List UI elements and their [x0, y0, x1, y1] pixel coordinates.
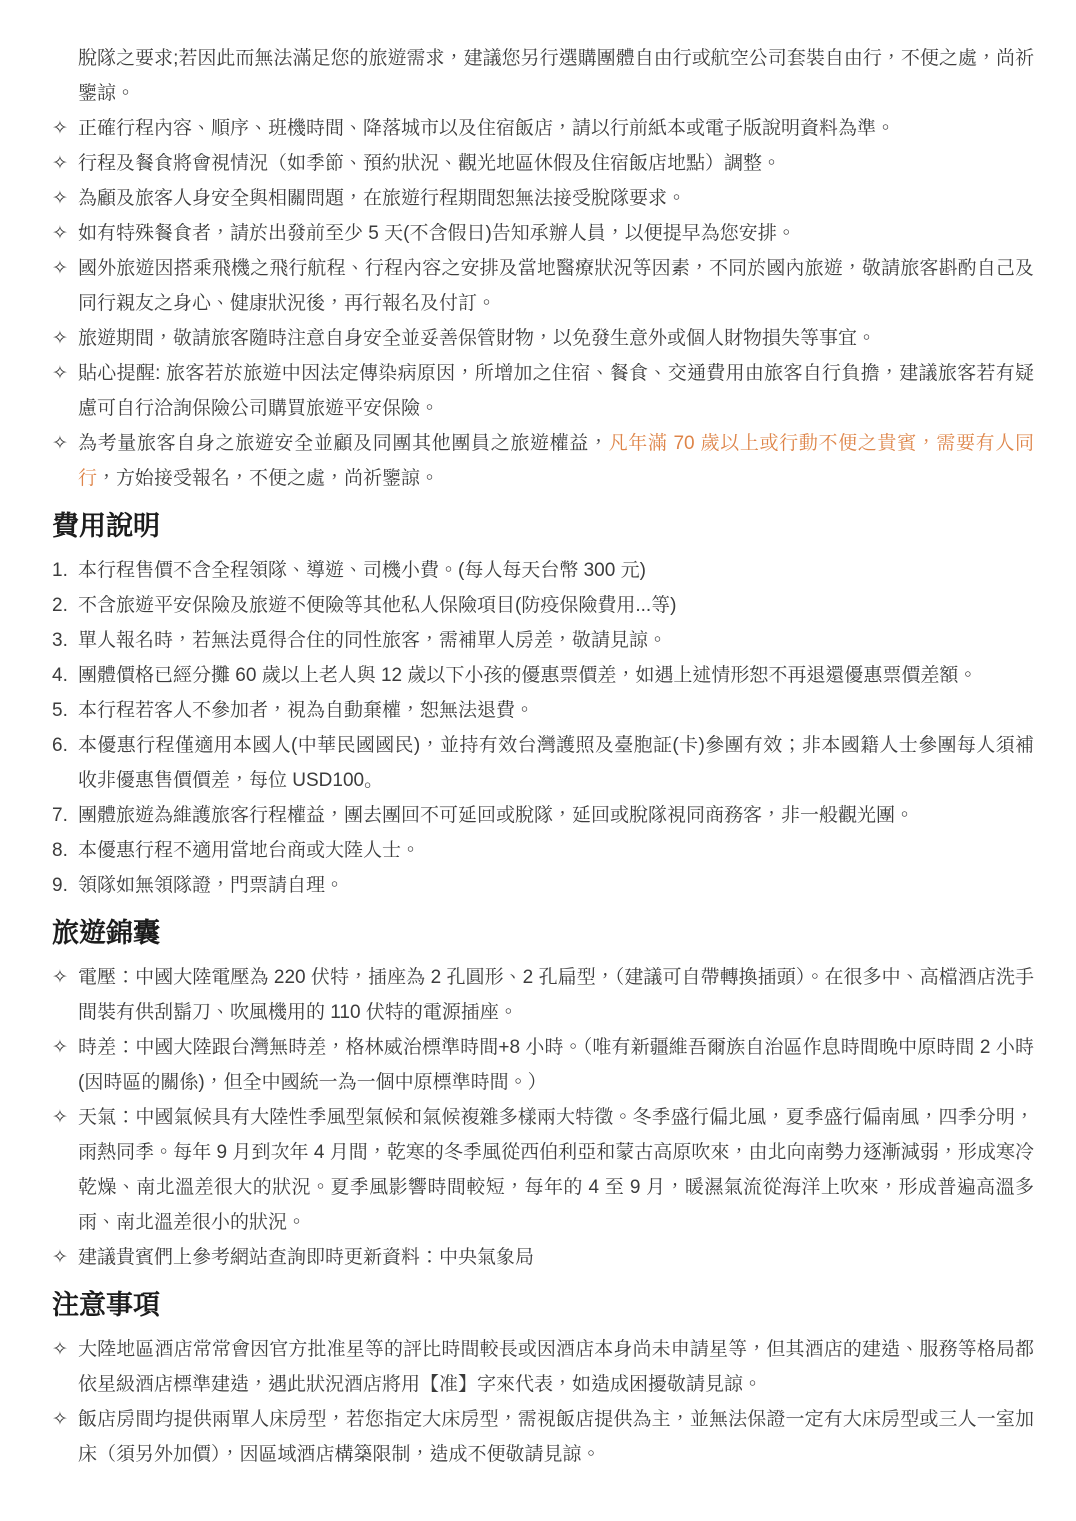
item-number: 1.: [52, 553, 78, 588]
diamond-bullet-icon: ✧: [52, 960, 78, 1030]
text-segment: ，方始接受報名，不便之處，尚祈鑒諒。: [97, 468, 439, 489]
item-text: 本優惠行程不適用當地台商或大陸人士。: [78, 833, 1034, 868]
list-item: ✧建議貴賓們上參考網站查詢即時更新資料：中央氣象局: [52, 1240, 1034, 1275]
list-item: 2.不含旅遊平安保險及旅遊不便險等其他私人保險項目(防疫保險費用...等): [52, 588, 1034, 623]
text-segment: 貼心提醒: 旅客若於旅遊中因法定傳染病原因，所增加之住宿、餐食、交通費用由旅客自…: [78, 363, 1034, 419]
item-text: 行程及餐食將會視情況（如季節、預約狀況、觀光地區休假及住宿飯店地點）調整。: [78, 146, 1034, 181]
item-text: 如有特殊餐食者，請於出發前至少 5 天(不含假日)告知承辦人員，以便提早為您安排…: [78, 216, 1034, 251]
text-segment: 為考量旅客自身之旅遊安全並顧及同團其他團員之旅遊權益，: [78, 433, 609, 454]
diamond-bullet-icon: ✧: [52, 111, 78, 146]
diamond-bullet-icon: ✧: [52, 321, 78, 356]
text-segment: 本優惠行程僅適用本國人(中華民國國民)，並持有效台灣護照及臺胞証(卡)參團有效；…: [78, 735, 1034, 791]
section-title: 旅遊錦囊: [52, 912, 1034, 954]
item-text: 大陸地區酒店常常會因官方批准星等的評比時間較長或因酒店本身尚未申請星等，但其酒店…: [78, 1332, 1034, 1402]
list-item: ✧貼心提醒: 旅客若於旅遊中因法定傳染病原因，所增加之住宿、餐食、交通費用由旅客…: [52, 356, 1034, 426]
item-number: 6.: [52, 728, 78, 798]
list-item: 6.本優惠行程僅適用本國人(中華民國國民)，並持有效台灣護照及臺胞証(卡)參團有…: [52, 728, 1034, 798]
item-text: 建議貴賓們上參考網站查詢即時更新資料：中央氣象局: [78, 1240, 1034, 1275]
list-item: ✧行程及餐食將會視情況（如季節、預約狀況、觀光地區休假及住宿飯店地點）調整。: [52, 146, 1034, 181]
list-item: ✧電壓：中國大陸電壓為 220 伏特，插座為 2 孔圓形、2 孔扁型，（建議可自…: [52, 960, 1034, 1030]
item-text: 旅遊期間，敬請旅客隨時注意自身安全並妥善保管財物，以免發生意外或個人財物損失等事…: [78, 321, 1034, 356]
diamond-bullet-icon: ✧: [52, 426, 78, 496]
diamond-bullet-icon: ✧: [52, 181, 78, 216]
list-item: ✧飯店房間均提供兩單人床房型，若您指定大床房型，需視飯店提供為主，並無法保證一定…: [52, 1402, 1034, 1472]
diamond-bullet-icon: ✧: [52, 216, 78, 251]
item-text: 本優惠行程僅適用本國人(中華民國國民)，並持有效台灣護照及臺胞証(卡)參團有效；…: [78, 728, 1034, 798]
list-item: ✧國外旅遊因搭乘飛機之飛行航程、行程內容之安排及當地醫療狀況等因素，不同於國內旅…: [52, 251, 1034, 321]
item-text: 不含旅遊平安保險及旅遊不便險等其他私人保險項目(防疫保險費用...等): [78, 588, 1034, 623]
list-item: ✧為顧及旅客人身安全與相關問題，在旅遊行程期間恕無法接受脫隊要求。: [52, 181, 1034, 216]
text-segment: 行程及餐食將會視情況（如季節、預約狀況、觀光地區休假及住宿飯店地點）調整。: [78, 153, 781, 174]
text-segment: 團體價格已經分攤 60 歲以上老人與 12 歲以下小孩的優惠票價差，如遇上述情形…: [78, 665, 977, 686]
list-item: 5.本行程若客人不參加者，視為自動棄權，恕無法退費。: [52, 693, 1034, 728]
sections-container: ✧正確行程內容、順序、班機時間、降落城市以及住宿飯店，請以行前紙本或電子版說明資…: [52, 111, 1034, 1472]
text-segment: 本優惠行程不適用當地台商或大陸人士。: [78, 840, 420, 861]
list-item: 1.本行程售價不含全程領隊、導遊、司機小費。(每人每天台幣 300 元): [52, 553, 1034, 588]
text-segment: 本行程售價不含全程領隊、導遊、司機小費。(每人每天台幣 300 元): [78, 560, 646, 581]
text-segment: 不含旅遊平安保險及旅遊不便險等其他私人保險項目(防疫保險費用...等): [78, 595, 677, 616]
diamond-bullet-icon: ✧: [52, 146, 78, 181]
item-text: 團體旅遊為維護旅客行程權益，團去團回不可延回或脫隊，延回或脫隊視同商務客，非一般…: [78, 798, 1034, 833]
text-segment: 單人報名時，若無法覓得合住的同性旅客，需補單人房差，敬請見諒。: [78, 630, 667, 651]
diamond-bullet-icon: ✧: [52, 251, 78, 321]
text-segment: 國外旅遊因搭乘飛機之飛行航程、行程內容之安排及當地醫療狀況等因素，不同於國內旅遊…: [78, 258, 1034, 314]
item-number: 7.: [52, 798, 78, 833]
diamond-bullet-icon: ✧: [52, 1030, 78, 1100]
diamond-bullet-icon: ✧: [52, 1332, 78, 1402]
section-title: 費用說明: [52, 505, 1034, 547]
item-text: 天氣：中國氣候具有大陸性季風型氣候和氣候複雜多樣兩大特徵。冬季盛行偏北風，夏季盛…: [78, 1100, 1034, 1240]
text-segment: 為顧及旅客人身安全與相關問題，在旅遊行程期間恕無法接受脫隊要求。: [78, 188, 686, 209]
item-text: 為顧及旅客人身安全與相關問題，在旅遊行程期間恕無法接受脫隊要求。: [78, 181, 1034, 216]
item-text: 本行程售價不含全程領隊、導遊、司機小費。(每人每天台幣 300 元): [78, 553, 1034, 588]
item-text: 飯店房間均提供兩單人床房型，若您指定大床房型，需視飯店提供為主，並無法保證一定有…: [78, 1402, 1034, 1472]
item-number: 2.: [52, 588, 78, 623]
item-text: 國外旅遊因搭乘飛機之飛行航程、行程內容之安排及當地醫療狀況等因素，不同於國內旅遊…: [78, 251, 1034, 321]
list-item: ✧天氣：中國氣候具有大陸性季風型氣候和氣候複雜多樣兩大特徵。冬季盛行偏北風，夏季…: [52, 1100, 1034, 1240]
item-text: 時差：中國大陸跟台灣無時差，格林威治標準時間+8 小時。（唯有新疆維吾爾族自治區…: [78, 1030, 1034, 1100]
list-item: ✧時差：中國大陸跟台灣無時差，格林威治標準時間+8 小時。（唯有新疆維吾爾族自治…: [52, 1030, 1034, 1100]
item-number: 4.: [52, 658, 78, 693]
text-segment: 團體旅遊為維護旅客行程權益，團去團回不可延回或脫隊，延回或脫隊視同商務客，非一般…: [78, 805, 914, 826]
item-text: 為考量旅客自身之旅遊安全並顧及同團其他團員之旅遊權益，凡年滿 70 歲以上或行動…: [78, 426, 1034, 496]
text-segment: 旅遊期間，敬請旅客隨時注意自身安全並妥善保管財物，以免發生意外或個人財物損失等事…: [78, 328, 876, 349]
list-item: ✧為考量旅客自身之旅遊安全並顧及同團其他團員之旅遊權益，凡年滿 70 歲以上或行…: [52, 426, 1034, 496]
diamond-bullet-icon: ✧: [52, 1402, 78, 1472]
text-segment: 領隊如無領隊證，門票請自理。: [78, 875, 344, 896]
text-segment: 大陸地區酒店常常會因官方批准星等的評比時間較長或因酒店本身尚未申請星等，但其酒店…: [78, 1339, 1034, 1395]
text-segment: 建議貴賓們上參考網站查詢即時更新資料：中央氣象局: [78, 1247, 534, 1268]
text-segment: 天氣：中國氣候具有大陸性季風型氣候和氣候複雜多樣兩大特徵。冬季盛行偏北風，夏季盛…: [78, 1107, 1034, 1233]
list-item: ✧如有特殊餐食者，請於出發前至少 5 天(不含假日)告知承辦人員，以便提早為您安…: [52, 216, 1034, 251]
list-item: 4.團體價格已經分攤 60 歲以上老人與 12 歲以下小孩的優惠票價差，如遇上述…: [52, 658, 1034, 693]
list-item: 8.本優惠行程不適用當地台商或大陸人士。: [52, 833, 1034, 868]
list-item: ✧大陸地區酒店常常會因官方批准星等的評比時間較長或因酒店本身尚未申請星等，但其酒…: [52, 1332, 1034, 1402]
item-text: 本行程若客人不參加者，視為自動棄權，恕無法退費。: [78, 693, 1034, 728]
item-text: 領隊如無領隊證，門票請自理。: [78, 868, 1034, 903]
list-item: ✧旅遊期間，敬請旅客隨時注意自身安全並妥善保管財物，以免發生意外或個人財物損失等…: [52, 321, 1034, 356]
document-page: 脫隊之要求;若因此而無法滿足您的旅遊需求，建議您另行選購團體自由行或航空公司套裝…: [0, 0, 1076, 1521]
item-text: 貼心提醒: 旅客若於旅遊中因法定傳染病原因，所增加之住宿、餐食、交通費用由旅客自…: [78, 356, 1034, 426]
item-number: 9.: [52, 868, 78, 903]
item-text: 正確行程內容、順序、班機時間、降落城市以及住宿飯店，請以行前紙本或電子版說明資料…: [78, 111, 1034, 146]
text-segment: 飯店房間均提供兩單人床房型，若您指定大床房型，需視飯店提供為主，並無法保證一定有…: [78, 1409, 1034, 1465]
diamond-bullet-icon: ✧: [52, 1100, 78, 1240]
text-segment: 電壓：中國大陸電壓為 220 伏特，插座為 2 孔圓形、2 孔扁型，（建議可自帶…: [78, 967, 1034, 1023]
diamond-bullet-icon: ✧: [52, 1240, 78, 1275]
diamond-bullet-icon: ✧: [52, 356, 78, 426]
text-segment: 本行程若客人不參加者，視為自動棄權，恕無法退費。: [78, 700, 534, 721]
item-number: 8.: [52, 833, 78, 868]
text-segment: 如有特殊餐食者，請於出發前至少 5 天(不含假日)告知承辦人員，以便提早為您安排…: [78, 223, 796, 244]
list-item: 3.單人報名時，若無法覓得合住的同性旅客，需補單人房差，敬請見諒。: [52, 623, 1034, 658]
section-title: 注意事項: [52, 1284, 1034, 1326]
item-number: 3.: [52, 623, 78, 658]
item-text: 團體價格已經分攤 60 歲以上老人與 12 歲以下小孩的優惠票價差，如遇上述情形…: [78, 658, 1034, 693]
text-segment: 正確行程內容、順序、班機時間、降落城市以及住宿飯店，請以行前紙本或電子版說明資料…: [78, 118, 895, 139]
list-item: ✧正確行程內容、順序、班機時間、降落城市以及住宿飯店，請以行前紙本或電子版說明資…: [52, 111, 1034, 146]
list-item: 7.團體旅遊為維護旅客行程權益，團去團回不可延回或脫隊，延回或脫隊視同商務客，非…: [52, 798, 1034, 833]
item-text: 電壓：中國大陸電壓為 220 伏特，插座為 2 孔圓形、2 孔扁型，（建議可自帶…: [78, 960, 1034, 1030]
intro-continuation-paragraph: 脫隊之要求;若因此而無法滿足您的旅遊需求，建議您另行選購團體自由行或航空公司套裝…: [52, 41, 1034, 111]
item-text: 單人報名時，若無法覓得合住的同性旅客，需補單人房差，敬請見諒。: [78, 623, 1034, 658]
text-segment: 時差：中國大陸跟台灣無時差，格林威治標準時間+8 小時。（唯有新疆維吾爾族自治區…: [78, 1037, 1034, 1093]
list-item: 9.領隊如無領隊證，門票請自理。: [52, 868, 1034, 903]
item-number: 5.: [52, 693, 78, 728]
